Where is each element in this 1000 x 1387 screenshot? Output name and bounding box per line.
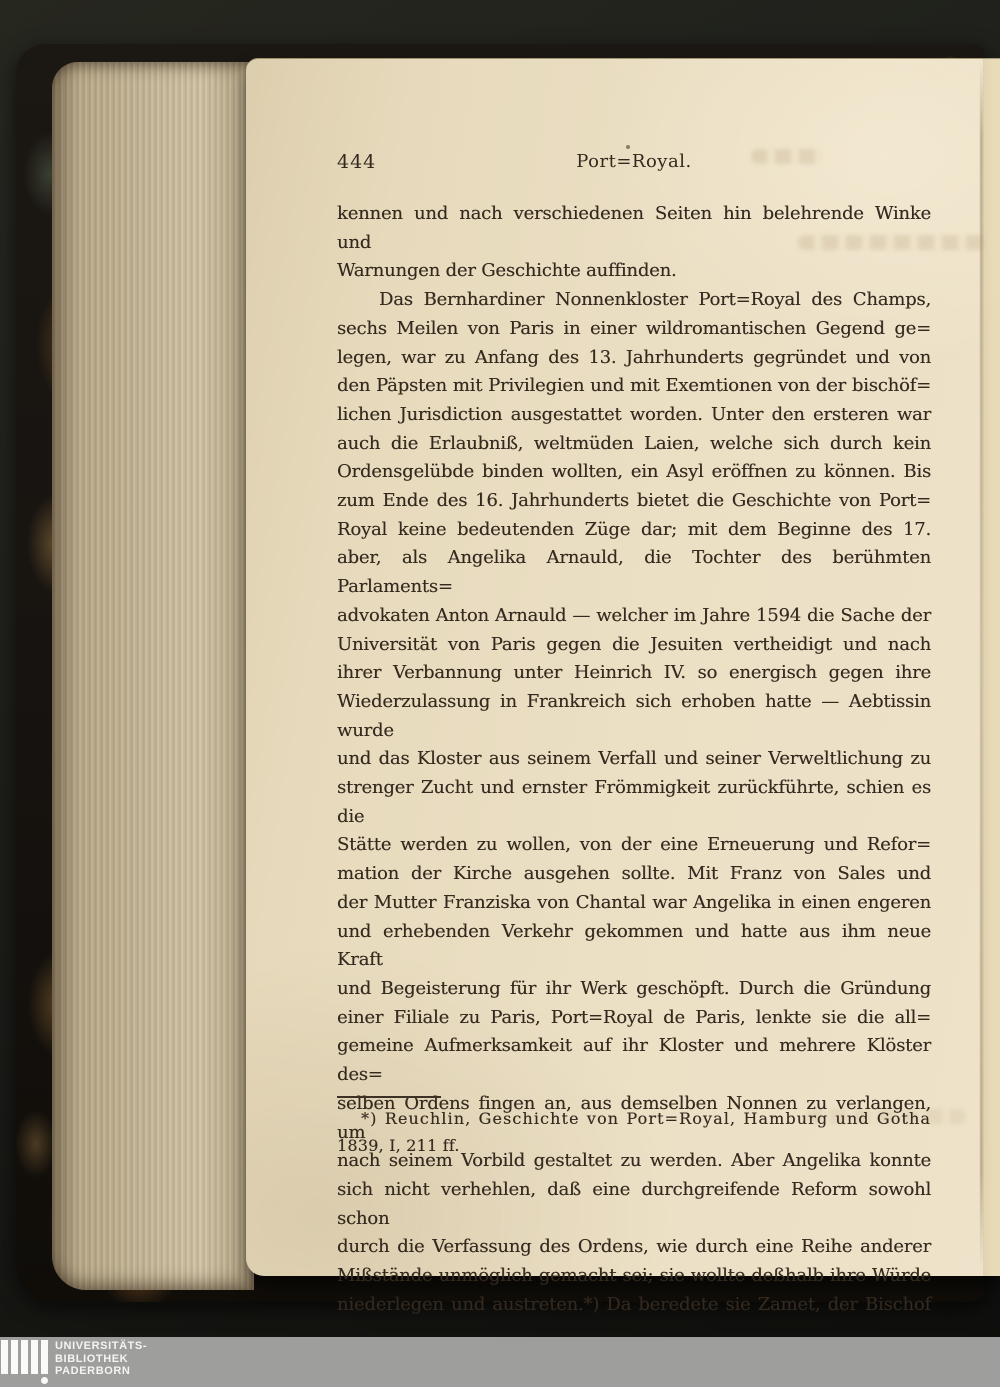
footnote-line: *) Reuchlin, Geschichte von Port=Royal, … <box>337 1105 931 1132</box>
body-line: der Mutter Franziska von Chantal war Ang… <box>337 889 931 918</box>
footnote: *) Reuchlin, Geschichte von Port=Royal, … <box>337 1105 931 1159</box>
footnote-line: 1839, I, 211 ff. <box>337 1132 931 1159</box>
library-name-line: BIBLIOTHEK <box>55 1353 147 1366</box>
body-line: aber, als Angelika Arnauld, die Tochter … <box>337 544 931 601</box>
body-line: einer Filiale zu Paris, Port=Royal de Pa… <box>337 1004 931 1033</box>
body-line: Wiederzulassung in Frankreich sich erhob… <box>337 688 931 745</box>
book-page: 444 Port=Royal. kennen und nach verschie… <box>246 58 1000 1276</box>
body-line: niederlegen und austreten.*) Da beredete… <box>337 1291 931 1320</box>
body-line: Mißstände unmöglich gemacht sei; sie wol… <box>337 1262 931 1291</box>
body-line: Stätte werden zu wollen, von der eine Er… <box>337 831 931 860</box>
body-line: Ordensgelübde binden wollten, ein Asyl e… <box>337 458 931 487</box>
body-line: kennen und nach verschiedenen Seiten hin… <box>337 200 931 257</box>
body-line: ihrer Verbannung unter Heinrich IV. so e… <box>337 659 931 688</box>
library-logo-icon <box>0 1337 48 1387</box>
footnote-rule <box>337 1096 441 1098</box>
photograph-background: 444 Port=Royal. kennen und nach verschie… <box>0 0 1000 1387</box>
body-line: Warnungen der Geschichte auffinden. <box>337 257 931 286</box>
body-line: legen, war zu Anfang des 13. Jahrhundert… <box>337 344 931 373</box>
body-line: advokaten Anton Arnauld — welcher im Jah… <box>337 602 931 631</box>
body-line: Royal keine bedeutenden Züge dar; mit de… <box>337 516 931 545</box>
library-name-line: PADERBORN <box>55 1365 147 1378</box>
page-fore-edge-stack <box>52 62 254 1290</box>
body-line: Das Bernhardiner Nonnenkloster Port=Roya… <box>337 286 931 315</box>
body-line: Universität von Paris gegen die Jesuiten… <box>337 631 931 660</box>
body-line: mation der Kirche ausgehen sollte. Mit F… <box>337 860 931 889</box>
library-name: UNIVERSITÄTS- BIBLIOTHEK PADERBORN <box>55 1337 147 1378</box>
body-line: auch die Erlaubniß, weltmüden Laien, wel… <box>337 430 931 459</box>
body-line: und das Kloster aus seinem Verfall und s… <box>337 745 931 774</box>
body-line: sechs Meilen von Paris in einer wildroma… <box>337 315 931 344</box>
body-line: gemeine Aufmerksamkeit auf ihr Kloster u… <box>337 1032 931 1089</box>
body-line: zum Ende des 16. Jahrhunderts bietet die… <box>337 487 931 516</box>
running-head: Port=Royal. <box>337 151 931 172</box>
body-line: lichen Jurisdiction ausgestattet worden.… <box>337 401 931 430</box>
body-line: sich nicht verhehlen, daß eine durchgrei… <box>337 1176 931 1233</box>
body-line: durch die Verfassung des Ordens, wie dur… <box>337 1233 931 1262</box>
body-line: und erhebenden Verkehr gekommen und hatt… <box>337 918 931 975</box>
page-header: 444 Port=Royal. <box>337 151 931 177</box>
ink-speck <box>626 145 630 149</box>
body-line: und Begeisterung für ihr Werk geschöpft.… <box>337 975 931 1004</box>
library-watermark: UNIVERSITÄTS- BIBLIOTHEK PADERBORN <box>0 1337 1000 1387</box>
body-line: den Päpsten mit Privilegien und mit Exem… <box>337 372 931 401</box>
body-line: strenger Zucht und ernster Frömmigkeit z… <box>337 774 931 831</box>
library-name-line: UNIVERSITÄTS- <box>55 1340 147 1353</box>
